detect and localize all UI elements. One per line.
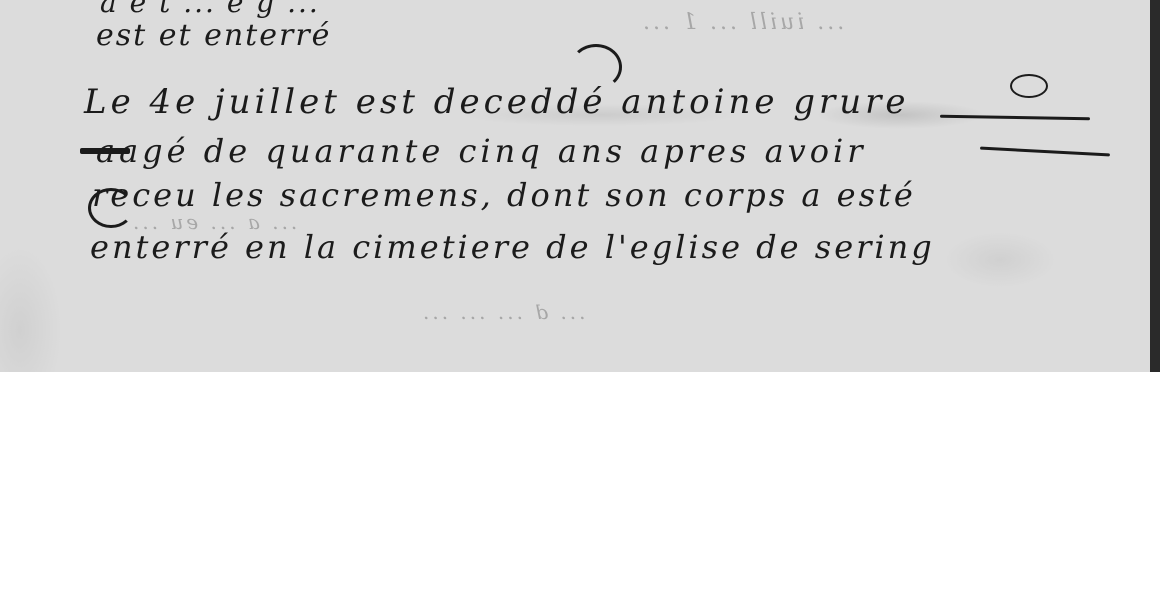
handwritten-line-cropped: a e t ... e g ... [100,0,320,19]
blank-area [0,372,1160,600]
handwritten-line: est et enterré [96,18,331,53]
underline-flourish [980,147,1110,157]
handwritten-line: enterré en la cimetiere de l'eglise de s… [90,228,935,266]
scan-edge-border [1150,0,1160,372]
underline-flourish [940,115,1090,121]
flourish-loop [1010,74,1048,98]
bleed-through-text: ... d ... ... ... [420,300,586,324]
handwritten-line: aagé de quarante cinq ans apres avoir [96,132,867,170]
flourish-loop [570,44,622,90]
document-scan: ... iuill ... 1 ... ... a ... eu ... ...… [0,0,1160,372]
handwritten-line: receu les sacremens, dont son corps a es… [92,176,916,214]
handwritten-line-entry-start: Le 4e juillet est deceddé antoine grure [84,82,910,122]
bleed-through-text: ... iuill ... 1 ... [640,10,844,35]
blot-mark [80,148,130,154]
flourish-loop [88,188,134,228]
